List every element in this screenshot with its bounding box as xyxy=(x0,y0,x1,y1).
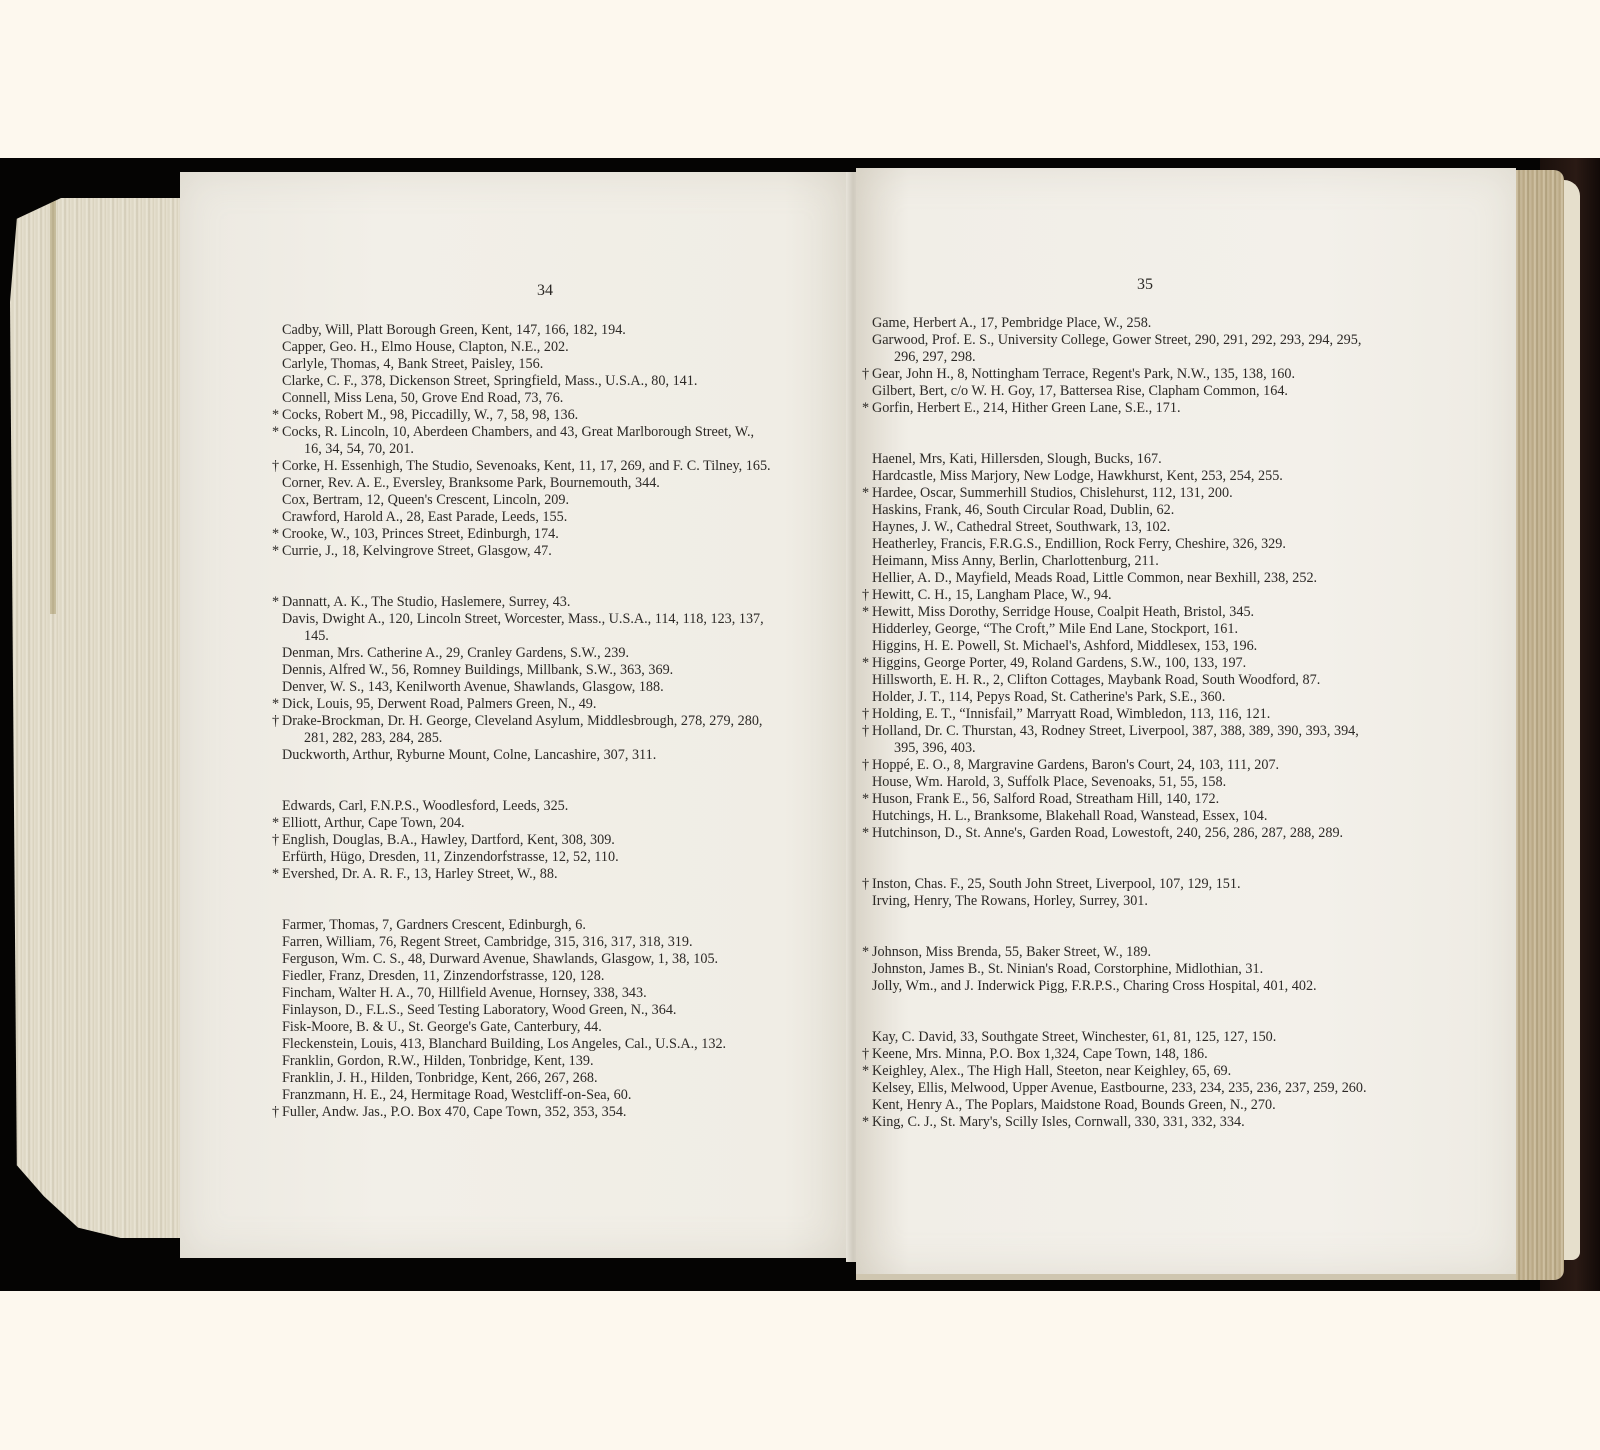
entry-text: Higgins, H. E. Powell, St. Michael's, As… xyxy=(872,638,1257,654)
index-entry: Jolly, Wm., and J. Inderwick Pigg, F.R.P… xyxy=(862,978,1512,995)
index-entry: Denman, Mrs. Catherine A., 29, Cranley G… xyxy=(272,645,852,662)
entry-text: Gear, John H., 8, Nottingham Terrace, Re… xyxy=(872,366,1295,382)
index-entry: Haskins, Frank, 46, South Circular Road,… xyxy=(862,502,1512,519)
index-entry: †Keene, Mrs. Minna, P.O. Box 1,324, Cape… xyxy=(862,1046,1512,1063)
index-entry: Gilbert, Bert, c/o W. H. Goy, 17, Batter… xyxy=(862,383,1512,400)
index-entry: Dennis, Alfred W., 56, Romney Buildings,… xyxy=(272,662,852,679)
dagger-mark: † xyxy=(862,1046,872,1063)
index-entry: †Holland, Dr. C. Thurstan, 43, Rodney St… xyxy=(862,723,1512,757)
entry-text: Haskins, Frank, 46, South Circular Road,… xyxy=(872,502,1174,518)
entry-text: Carlyle, Thomas, 4, Bank Street, Paisley… xyxy=(282,356,543,372)
entry-text: Holland, Dr. C. Thurstan, 43, Rodney Str… xyxy=(872,723,1359,739)
entry-text: Hewitt, C. H., 15, Langham Place, W., 94… xyxy=(872,587,1112,603)
index-entries: Game, Herbert A., 17, Pembridge Place, W… xyxy=(862,315,1512,1131)
section-gap xyxy=(862,910,1512,944)
entry-text: Hellier, A. D., Mayfield, Meads Road, Li… xyxy=(872,570,1317,586)
index-entry: Higgins, H. E. Powell, St. Michael's, As… xyxy=(862,638,1512,655)
entry-text: Cocks, R. Lincoln, 10, Aberdeen Chambers… xyxy=(282,424,754,440)
index-entry: Franzmann, H. E., 24, Hermitage Road, We… xyxy=(272,1087,852,1104)
entry-text: Johnston, James B., St. Ninian's Road, C… xyxy=(872,961,1263,977)
entry-text: Farmer, Thomas, 7, Gardners Crescent, Ed… xyxy=(282,917,586,933)
index-entry: Farmer, Thomas, 7, Gardners Crescent, Ed… xyxy=(272,917,852,934)
entry-continuation: 145. xyxy=(282,628,852,645)
entry-text: Hidderley, George, “The Croft,” Mile End… xyxy=(872,621,1238,637)
asterisk-mark: * xyxy=(272,594,282,611)
entry-text: Ferguson, Wm. C. S., 48, Durward Avenue,… xyxy=(282,951,718,967)
index-entry: Ferguson, Wm. C. S., 48, Durward Avenue,… xyxy=(272,951,852,968)
index-section-j: *Johnson, Miss Brenda, 55, Baker Street,… xyxy=(862,944,1512,995)
index-entry: Denver, W. S., 143, Kenilworth Avenue, S… xyxy=(272,679,852,696)
index-entry: *Cocks, Robert M., 98, Piccadilly, W., 7… xyxy=(272,407,852,424)
entry-text: Corke, H. Essenhigh, The Studio, Sevenoa… xyxy=(282,458,771,474)
index-entry: *Evershed, Dr. A. R. F., 13, Harley Stre… xyxy=(272,866,852,883)
entry-text: Keene, Mrs. Minna, P.O. Box 1,324, Cape … xyxy=(872,1046,1208,1062)
index-entry: Crawford, Harold A., 28, East Parade, Le… xyxy=(272,509,852,526)
dagger-mark: † xyxy=(272,713,282,730)
index-entry: Kent, Henry A., The Poplars, Maidstone R… xyxy=(862,1097,1512,1114)
right-page-stack xyxy=(1512,170,1564,1280)
asterisk-mark: * xyxy=(272,424,282,441)
entry-text: Edwards, Carl, F.N.P.S., Woodlesford, Le… xyxy=(282,798,568,814)
index-entry: Hardcastle, Miss Marjory, New Lodge, Haw… xyxy=(862,468,1512,485)
entry-text: Franklin, J. H., Hilden, Tonbridge, Kent… xyxy=(282,1070,598,1086)
entry-text: Huson, Frank E., 56, Salford Road, Strea… xyxy=(872,791,1219,807)
entry-text: Cocks, Robert M., 98, Piccadilly, W., 7,… xyxy=(282,407,578,423)
entry-text: Evershed, Dr. A. R. F., 13, Harley Stree… xyxy=(282,866,558,882)
entry-text: Currie, J., 18, Kelvingrove Street, Glas… xyxy=(282,543,552,559)
index-entry: Cox, Bertram, 12, Queen's Crescent, Linc… xyxy=(272,492,852,509)
index-entry: Connell, Miss Lena, 50, Grove End Road, … xyxy=(272,390,852,407)
entry-text: Fiedler, Franz, Dresden, 11, Zinzendorfs… xyxy=(282,968,604,984)
index-entry: Hillsworth, E. H. R., 2, Clifton Cottage… xyxy=(862,672,1512,689)
entry-text: Fincham, Walter H. A., 70, Hillfield Ave… xyxy=(282,985,647,1001)
index-entry: *Elliott, Arthur, Cape Town, 204. xyxy=(272,815,852,832)
entry-continuation: 16, 34, 54, 70, 201. xyxy=(282,441,852,458)
index-entry: Corner, Rev. A. E., Eversley, Branksome … xyxy=(272,475,852,492)
index-entry: Franklin, Gordon, R.W., Hilden, Tonbridg… xyxy=(272,1053,852,1070)
entry-text: Haynes, J. W., Cathedral Street, Southwa… xyxy=(872,519,1170,535)
index-entry: Irving, Henry, The Rowans, Horley, Surre… xyxy=(862,893,1512,910)
entry-text: Johnson, Miss Brenda, 55, Baker Street, … xyxy=(872,944,1151,960)
index-entry: *Cocks, R. Lincoln, 10, Aberdeen Chamber… xyxy=(272,424,852,458)
asterisk-mark: * xyxy=(862,400,872,417)
entry-text: House, Wm. Harold, 3, Suffolk Place, Sev… xyxy=(872,774,1226,790)
entry-text: Kelsey, Ellis, Melwood, Upper Avenue, Ea… xyxy=(872,1080,1367,1096)
index-entry: †Hoppé, E. O., 8, Margravine Gardens, Ba… xyxy=(862,757,1512,774)
entry-text: Dennis, Alfred W., 56, Romney Buildings,… xyxy=(282,662,673,678)
entry-text: Elliott, Arthur, Cape Town, 204. xyxy=(282,815,465,831)
index-entry: Davis, Dwight A., 120, Lincoln Street, W… xyxy=(272,611,852,645)
entry-text: Crawford, Harold A., 28, East Parade, Le… xyxy=(282,509,567,525)
left-page-stack xyxy=(10,198,180,1238)
index-section-g: Game, Herbert A., 17, Pembridge Place, W… xyxy=(862,315,1512,417)
entry-text: Connell, Miss Lena, 50, Grove End Road, … xyxy=(282,390,563,406)
index-entry: Hutchings, H. L., Branksome, Blakehall R… xyxy=(862,808,1512,825)
entry-text: Haenel, Mrs, Kati, Hillersden, Slough, B… xyxy=(872,451,1162,467)
asterisk-mark: * xyxy=(862,1063,872,1080)
entry-text: Dannatt, A. K., The Studio, Haslemere, S… xyxy=(282,594,570,610)
index-entry: *Johnson, Miss Brenda, 55, Baker Street,… xyxy=(862,944,1512,961)
index-entry: Finlayson, D., F.L.S., Seed Testing Labo… xyxy=(272,1002,852,1019)
entry-text: Holding, E. T., “Innisfail,” Marryatt Ro… xyxy=(872,706,1270,722)
index-entry: Farren, William, 76, Regent Street, Camb… xyxy=(272,934,852,951)
entry-text: Denver, W. S., 143, Kenilworth Avenue, S… xyxy=(282,679,664,695)
index-section-i: †Inston, Chas. F., 25, South John Street… xyxy=(862,876,1512,910)
index-section-e: Edwards, Carl, F.N.P.S., Woodlesford, Le… xyxy=(272,798,852,883)
asterisk-mark: * xyxy=(862,485,872,502)
left-page: 34 Cadby, Will, Platt Borough Green, Ken… xyxy=(180,172,852,1258)
index-entry: Fleckenstein, Louis, 413, Blanchard Buil… xyxy=(272,1036,852,1053)
index-entry: Kelsey, Ellis, Melwood, Upper Avenue, Ea… xyxy=(862,1080,1512,1097)
index-entry: †Gear, John H., 8, Nottingham Terrace, R… xyxy=(862,366,1512,383)
index-entry: Erfürth, Hügo, Dresden, 11, Zinzendorfst… xyxy=(272,849,852,866)
asterisk-mark: * xyxy=(862,944,872,961)
index-entry: Franklin, J. H., Hilden, Tonbridge, Kent… xyxy=(272,1070,852,1087)
entry-text: Hardcastle, Miss Marjory, New Lodge, Haw… xyxy=(872,468,1283,484)
entry-text: Kay, C. David, 33, Southgate Street, Win… xyxy=(872,1029,1276,1045)
entry-text: Fuller, Andw. Jas., P.O. Box 470, Cape T… xyxy=(282,1104,626,1120)
index-entry: Heatherley, Francis, F.R.G.S., Endillion… xyxy=(862,536,1512,553)
section-gap xyxy=(862,995,1512,1029)
index-section-f: Farmer, Thomas, 7, Gardners Crescent, Ed… xyxy=(272,917,852,1121)
entry-text: Cox, Bertram, 12, Queen's Crescent, Linc… xyxy=(282,492,569,508)
entry-text: Corner, Rev. A. E., Eversley, Branksome … xyxy=(282,475,660,491)
index-entry: Fincham, Walter H. A., 70, Hillfield Ave… xyxy=(272,985,852,1002)
entry-continuation: 281, 282, 283, 284, 285. xyxy=(282,730,852,747)
entry-text: Hillsworth, E. H. R., 2, Clifton Cottage… xyxy=(872,672,1320,688)
asterisk-mark: * xyxy=(862,825,872,842)
section-gap xyxy=(862,842,1512,876)
entry-text: Denman, Mrs. Catherine A., 29, Cranley G… xyxy=(282,645,629,661)
entry-text: Heimann, Miss Anny, Berlin, Charlottenbu… xyxy=(872,553,1159,569)
dagger-mark: † xyxy=(862,757,872,774)
index-entry: *Hutchinson, D., St. Anne's, Garden Road… xyxy=(862,825,1512,842)
index-entry: House, Wm. Harold, 3, Suffolk Place, Sev… xyxy=(862,774,1512,791)
index-entry: †English, Douglas, B.A., Hawley, Dartfor… xyxy=(272,832,852,849)
index-entry: Fisk-Moore, B. & U., St. George's Gate, … xyxy=(272,1019,852,1036)
dagger-mark: † xyxy=(862,723,872,740)
entry-text: Irving, Henry, The Rowans, Horley, Surre… xyxy=(872,893,1148,909)
index-entry: Duckworth, Arthur, Ryburne Mount, Colne,… xyxy=(272,747,852,764)
entry-text: Davis, Dwight A., 120, Lincoln Street, W… xyxy=(282,611,764,627)
asterisk-mark: * xyxy=(272,543,282,560)
page-number: 35 xyxy=(1137,276,1153,294)
index-section-c: Cadby, Will, Platt Borough Green, Kent, … xyxy=(272,322,852,560)
entry-continuation: 395, 396, 403. xyxy=(872,740,1512,757)
entry-text: Clarke, C. F., 378, Dickenson Street, Sp… xyxy=(282,373,697,389)
index-entry: *Hewitt, Miss Dorothy, Serridge House, C… xyxy=(862,604,1512,621)
asterisk-mark: * xyxy=(862,1114,872,1131)
index-section-k: Kay, C. David, 33, Southgate Street, Win… xyxy=(862,1029,1512,1131)
asterisk-mark: * xyxy=(272,815,282,832)
index-entry: *Hardee, Oscar, Summerhill Studios, Chis… xyxy=(862,485,1512,502)
section-gap xyxy=(862,417,1512,451)
index-entry: Clarke, C. F., 378, Dickenson Street, Sp… xyxy=(272,373,852,390)
dagger-mark: † xyxy=(862,706,872,723)
asterisk-mark: * xyxy=(272,696,282,713)
index-entry: *Crooke, W., 103, Princes Street, Edinbu… xyxy=(272,526,852,543)
index-entry: Haenel, Mrs, Kati, Hillersden, Slough, B… xyxy=(862,451,1512,468)
entry-text: Gorfin, Herbert E., 214, Hither Green La… xyxy=(872,400,1181,416)
index-entry: Fiedler, Franz, Dresden, 11, Zinzendorfs… xyxy=(272,968,852,985)
index-entry: *Huson, Frank E., 56, Salford Road, Stre… xyxy=(862,791,1512,808)
entry-text: Franklin, Gordon, R.W., Hilden, Tonbridg… xyxy=(282,1053,594,1069)
index-entry: Kay, C. David, 33, Southgate Street, Win… xyxy=(862,1029,1512,1046)
section-gap xyxy=(272,764,852,798)
entry-text: Holder, J. T., 114, Pepys Road, St. Cath… xyxy=(872,689,1225,705)
right-page: 35 Game, Herbert A., 17, Pembridge Place… xyxy=(856,168,1516,1280)
entry-text: Franzmann, H. E., 24, Hermitage Road, We… xyxy=(282,1087,631,1103)
entry-text: Duckworth, Arthur, Ryburne Mount, Colne,… xyxy=(282,747,656,763)
entry-text: Kent, Henry A., The Poplars, Maidstone R… xyxy=(872,1097,1276,1113)
index-entries: Cadby, Will, Platt Borough Green, Kent, … xyxy=(272,322,852,1121)
entry-text: Dick, Louis, 95, Derwent Road, Palmers G… xyxy=(282,696,596,712)
index-entry: Johnston, James B., St. Ninian's Road, C… xyxy=(862,961,1512,978)
index-entry: *Dannatt, A. K., The Studio, Haslemere, … xyxy=(272,594,852,611)
index-entry: †Holding, E. T., “Innisfail,” Marryatt R… xyxy=(862,706,1512,723)
index-entry: Capper, Geo. H., Elmo House, Clapton, N.… xyxy=(272,339,852,356)
index-entry: Haynes, J. W., Cathedral Street, Southwa… xyxy=(862,519,1512,536)
entry-text: Garwood, Prof. E. S., University College… xyxy=(872,332,1361,348)
entry-text: Capper, Geo. H., Elmo House, Clapton, N.… xyxy=(282,339,569,355)
entry-text: Higgins, George Porter, 49, Roland Garde… xyxy=(872,655,1246,671)
index-entry: †Fuller, Andw. Jas., P.O. Box 470, Cape … xyxy=(272,1104,852,1121)
dagger-mark: † xyxy=(272,832,282,849)
index-entry: Heimann, Miss Anny, Berlin, Charlottenbu… xyxy=(862,553,1512,570)
asterisk-mark: * xyxy=(272,407,282,424)
asterisk-mark: * xyxy=(272,866,282,883)
section-gap xyxy=(272,560,852,594)
index-entry: Garwood, Prof. E. S., University College… xyxy=(862,332,1512,366)
entry-continuation: 296, 297, 298. xyxy=(872,349,1512,366)
index-entry: *Gorfin, Herbert E., 214, Hither Green L… xyxy=(862,400,1512,417)
index-entry: †Hewitt, C. H., 15, Langham Place, W., 9… xyxy=(862,587,1512,604)
entry-text: Drake-Brockman, Dr. H. George, Cleveland… xyxy=(282,713,762,729)
asterisk-mark: * xyxy=(862,791,872,808)
entry-text: Erfürth, Hügo, Dresden, 11, Zinzendorfst… xyxy=(282,849,619,865)
entry-text: Fleckenstein, Louis, 413, Blanchard Buil… xyxy=(282,1036,726,1052)
entry-text: Game, Herbert A., 17, Pembridge Place, W… xyxy=(872,315,1151,331)
entry-text: Keighley, Alex., The High Hall, Steeton,… xyxy=(872,1063,1231,1079)
index-entry: Cadby, Will, Platt Borough Green, Kent, … xyxy=(272,322,852,339)
page-number: 34 xyxy=(537,282,553,300)
entry-text: Jolly, Wm., and J. Inderwick Pigg, F.R.P… xyxy=(872,978,1317,994)
entry-text: Heatherley, Francis, F.R.G.S., Endillion… xyxy=(872,536,1286,552)
dagger-mark: † xyxy=(272,1104,282,1121)
entry-text: Crooke, W., 103, Princes Street, Edinbur… xyxy=(282,526,559,542)
entry-text: Finlayson, D., F.L.S., Seed Testing Labo… xyxy=(282,1002,676,1018)
section-gap xyxy=(272,883,852,917)
entry-text: Farren, William, 76, Regent Street, Camb… xyxy=(282,934,693,950)
entry-text: Hewitt, Miss Dorothy, Serridge House, Co… xyxy=(872,604,1254,620)
entry-text: Hardee, Oscar, Summerhill Studios, Chisl… xyxy=(872,485,1233,501)
dagger-mark: † xyxy=(862,587,872,604)
entry-text: Hutchinson, D., St. Anne's, Garden Road,… xyxy=(872,825,1343,841)
index-entry: Hidderley, George, “The Croft,” Mile End… xyxy=(862,621,1512,638)
entry-text: Hutchings, H. L., Branksome, Blakehall R… xyxy=(872,808,1267,824)
entry-text: Inston, Chas. F., 25, South John Street,… xyxy=(872,876,1241,892)
index-entry: Game, Herbert A., 17, Pembridge Place, W… xyxy=(862,315,1512,332)
dagger-mark: † xyxy=(862,876,872,893)
index-entry: †Corke, H. Essenhigh, The Studio, Seveno… xyxy=(272,458,852,475)
index-entry: *Dick, Louis, 95, Derwent Road, Palmers … xyxy=(272,696,852,713)
entry-text: English, Douglas, B.A., Hawley, Dartford… xyxy=(282,832,615,848)
index-entry: *Keighley, Alex., The High Hall, Steeton… xyxy=(862,1063,1512,1080)
index-entry: †Drake-Brockman, Dr. H. George, Clevelan… xyxy=(272,713,852,747)
asterisk-mark: * xyxy=(272,526,282,543)
index-entry: Edwards, Carl, F.N.P.S., Woodlesford, Le… xyxy=(272,798,852,815)
dagger-mark: † xyxy=(862,366,872,383)
index-entry: *King, C. J., St. Mary's, Scilly Isles, … xyxy=(862,1114,1512,1131)
index-section-h: Haenel, Mrs, Kati, Hillersden, Slough, B… xyxy=(862,451,1512,842)
entry-text: Hoppé, E. O., 8, Margravine Gardens, Bar… xyxy=(872,757,1279,773)
index-section-d: *Dannatt, A. K., The Studio, Haslemere, … xyxy=(272,594,852,764)
index-entry: Hellier, A. D., Mayfield, Meads Road, Li… xyxy=(862,570,1512,587)
index-entry: *Currie, J., 18, Kelvingrove Street, Gla… xyxy=(272,543,852,560)
entry-text: Gilbert, Bert, c/o W. H. Goy, 17, Batter… xyxy=(872,383,1288,399)
dagger-mark: † xyxy=(272,458,282,475)
asterisk-mark: * xyxy=(862,604,872,621)
entry-text: Fisk-Moore, B. & U., St. George's Gate, … xyxy=(282,1019,602,1035)
index-entry: Holder, J. T., 114, Pepys Road, St. Cath… xyxy=(862,689,1512,706)
asterisk-mark: * xyxy=(862,655,872,672)
index-entry: *Higgins, George Porter, 49, Roland Gard… xyxy=(862,655,1512,672)
index-entry: †Inston, Chas. F., 25, South John Street… xyxy=(862,876,1512,893)
entry-text: Cadby, Will, Platt Borough Green, Kent, … xyxy=(282,322,626,338)
index-entry: Carlyle, Thomas, 4, Bank Street, Paisley… xyxy=(272,356,852,373)
entry-text: King, C. J., St. Mary's, Scilly Isles, C… xyxy=(872,1114,1245,1130)
